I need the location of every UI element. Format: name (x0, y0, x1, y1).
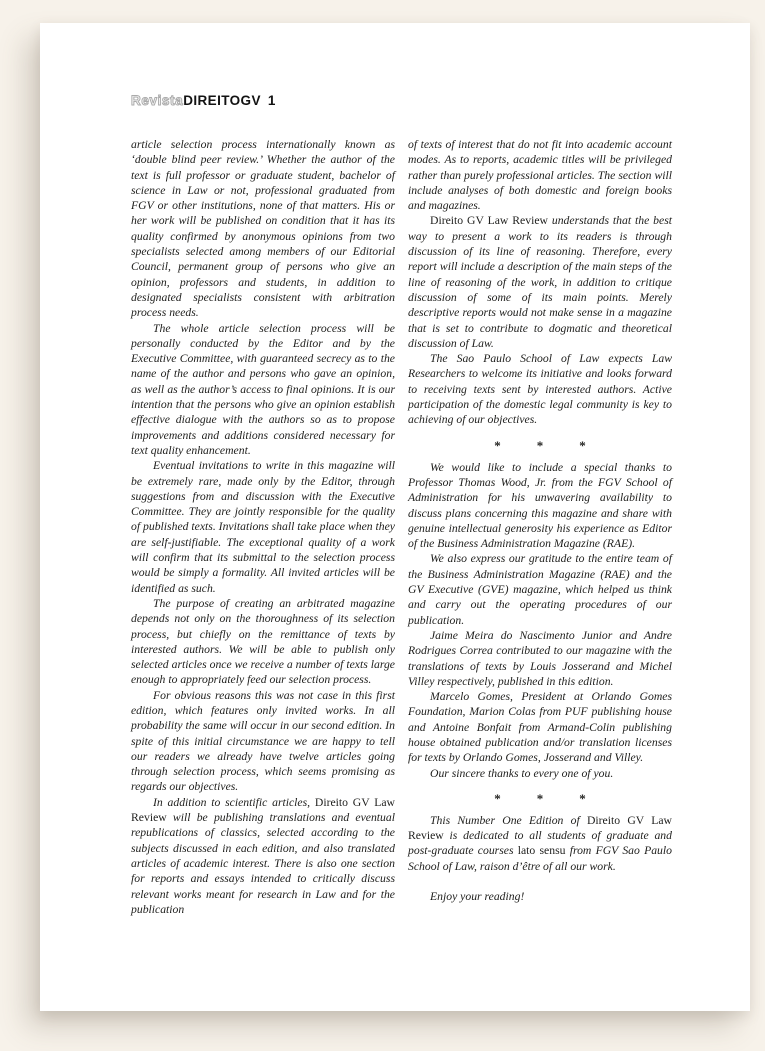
paragraph: We would like to include a special thank… (408, 460, 672, 552)
two-column-text-area: article selection process internationall… (131, 137, 672, 917)
paragraph: The whole article selection process will… (131, 321, 395, 459)
asterisk-glyph: * (494, 791, 501, 806)
paragraph: Eventual invitations to write in this ma… (131, 458, 395, 596)
paragraph: article selection process internationall… (131, 137, 395, 321)
asterisk-glyph: * (579, 438, 586, 453)
asterisk-glyph: * (537, 438, 544, 453)
italic-text-segment: For obvious reasons this was not case in… (131, 689, 395, 794)
journal-logo-title: DIREITOGV (183, 93, 261, 108)
document-page: RevistaDIREITOGV1 article selection proc… (40, 23, 750, 1011)
paragraph: Jaime Meira do Nascimento Junior and And… (408, 628, 672, 689)
italic-text-segment: The Sao Paulo School of Law expects Law … (408, 352, 672, 426)
paragraph: Marcelo Gomes, President at Orlando Gome… (408, 689, 672, 765)
italic-text-segment: Our sincere thanks to every one of you. (430, 767, 613, 780)
page-background: RevistaDIREITOGV1 article selection proc… (0, 0, 765, 1051)
italic-text-segment: will be publishing translations and even… (131, 811, 395, 916)
paragraph: In addition to scientific articles, Dire… (131, 795, 395, 917)
issue-number: 1 (268, 93, 276, 108)
asterisk-separator: *** (408, 436, 672, 451)
paragraph: The Sao Paulo School of Law expects Law … (408, 351, 672, 427)
italic-text-segment: article selection process internationall… (131, 138, 395, 319)
italic-text-segment: Marcelo Gomes, President at Orlando Gome… (408, 690, 672, 764)
paragraph: We also express our gratitude to the ent… (408, 551, 672, 627)
asterisk-separator: *** (408, 789, 672, 804)
italic-text-segment: Jaime Meira do Nascimento Junior and And… (408, 629, 672, 688)
paragraph: For obvious reasons this was not case in… (131, 688, 395, 795)
paragraph: Enjoy your reading! (408, 889, 672, 904)
asterisk-glyph: * (537, 791, 544, 806)
text-column-right: of texts of interest that do not fit int… (408, 137, 672, 917)
paragraph: Our sincere thanks to every one of you. (408, 766, 672, 781)
journal-logo-revista: Revista (131, 93, 183, 108)
italic-text-segment: We also express our gratitude to the ent… (408, 552, 672, 626)
journal-masthead: RevistaDIREITOGV1 (131, 94, 275, 108)
asterisk-glyph: * (579, 791, 586, 806)
roman-text-segment: Direito GV Law Review (430, 214, 548, 227)
italic-text-segment: Enjoy your reading! (430, 890, 524, 903)
roman-text-segment: lato sensu (518, 844, 566, 857)
paragraph: This Number One Edition of Direito GV La… (408, 813, 672, 874)
paragraph: The purpose of creating an arbitrated ma… (131, 596, 395, 688)
text-column-left: article selection process internationall… (131, 137, 395, 917)
italic-text-segment: Eventual invitations to write in this ma… (131, 459, 395, 594)
italic-text-segment: understands that the best way to present… (408, 214, 672, 349)
paragraph: Direito GV Law Review understands that t… (408, 213, 672, 351)
italic-text-segment: This Number One Edition of (430, 814, 587, 827)
italic-text-segment: The purpose of creating an arbitrated ma… (131, 597, 395, 686)
asterisk-glyph: * (494, 438, 501, 453)
italic-text-segment: The whole article selection process will… (131, 322, 395, 457)
italic-text-segment: In addition to scientific articles, (153, 796, 315, 809)
paragraph: of texts of interest that do not fit int… (408, 137, 672, 213)
italic-text-segment: of texts of interest that do not fit int… (408, 138, 672, 212)
italic-text-segment: We would like to include a special thank… (408, 461, 672, 550)
